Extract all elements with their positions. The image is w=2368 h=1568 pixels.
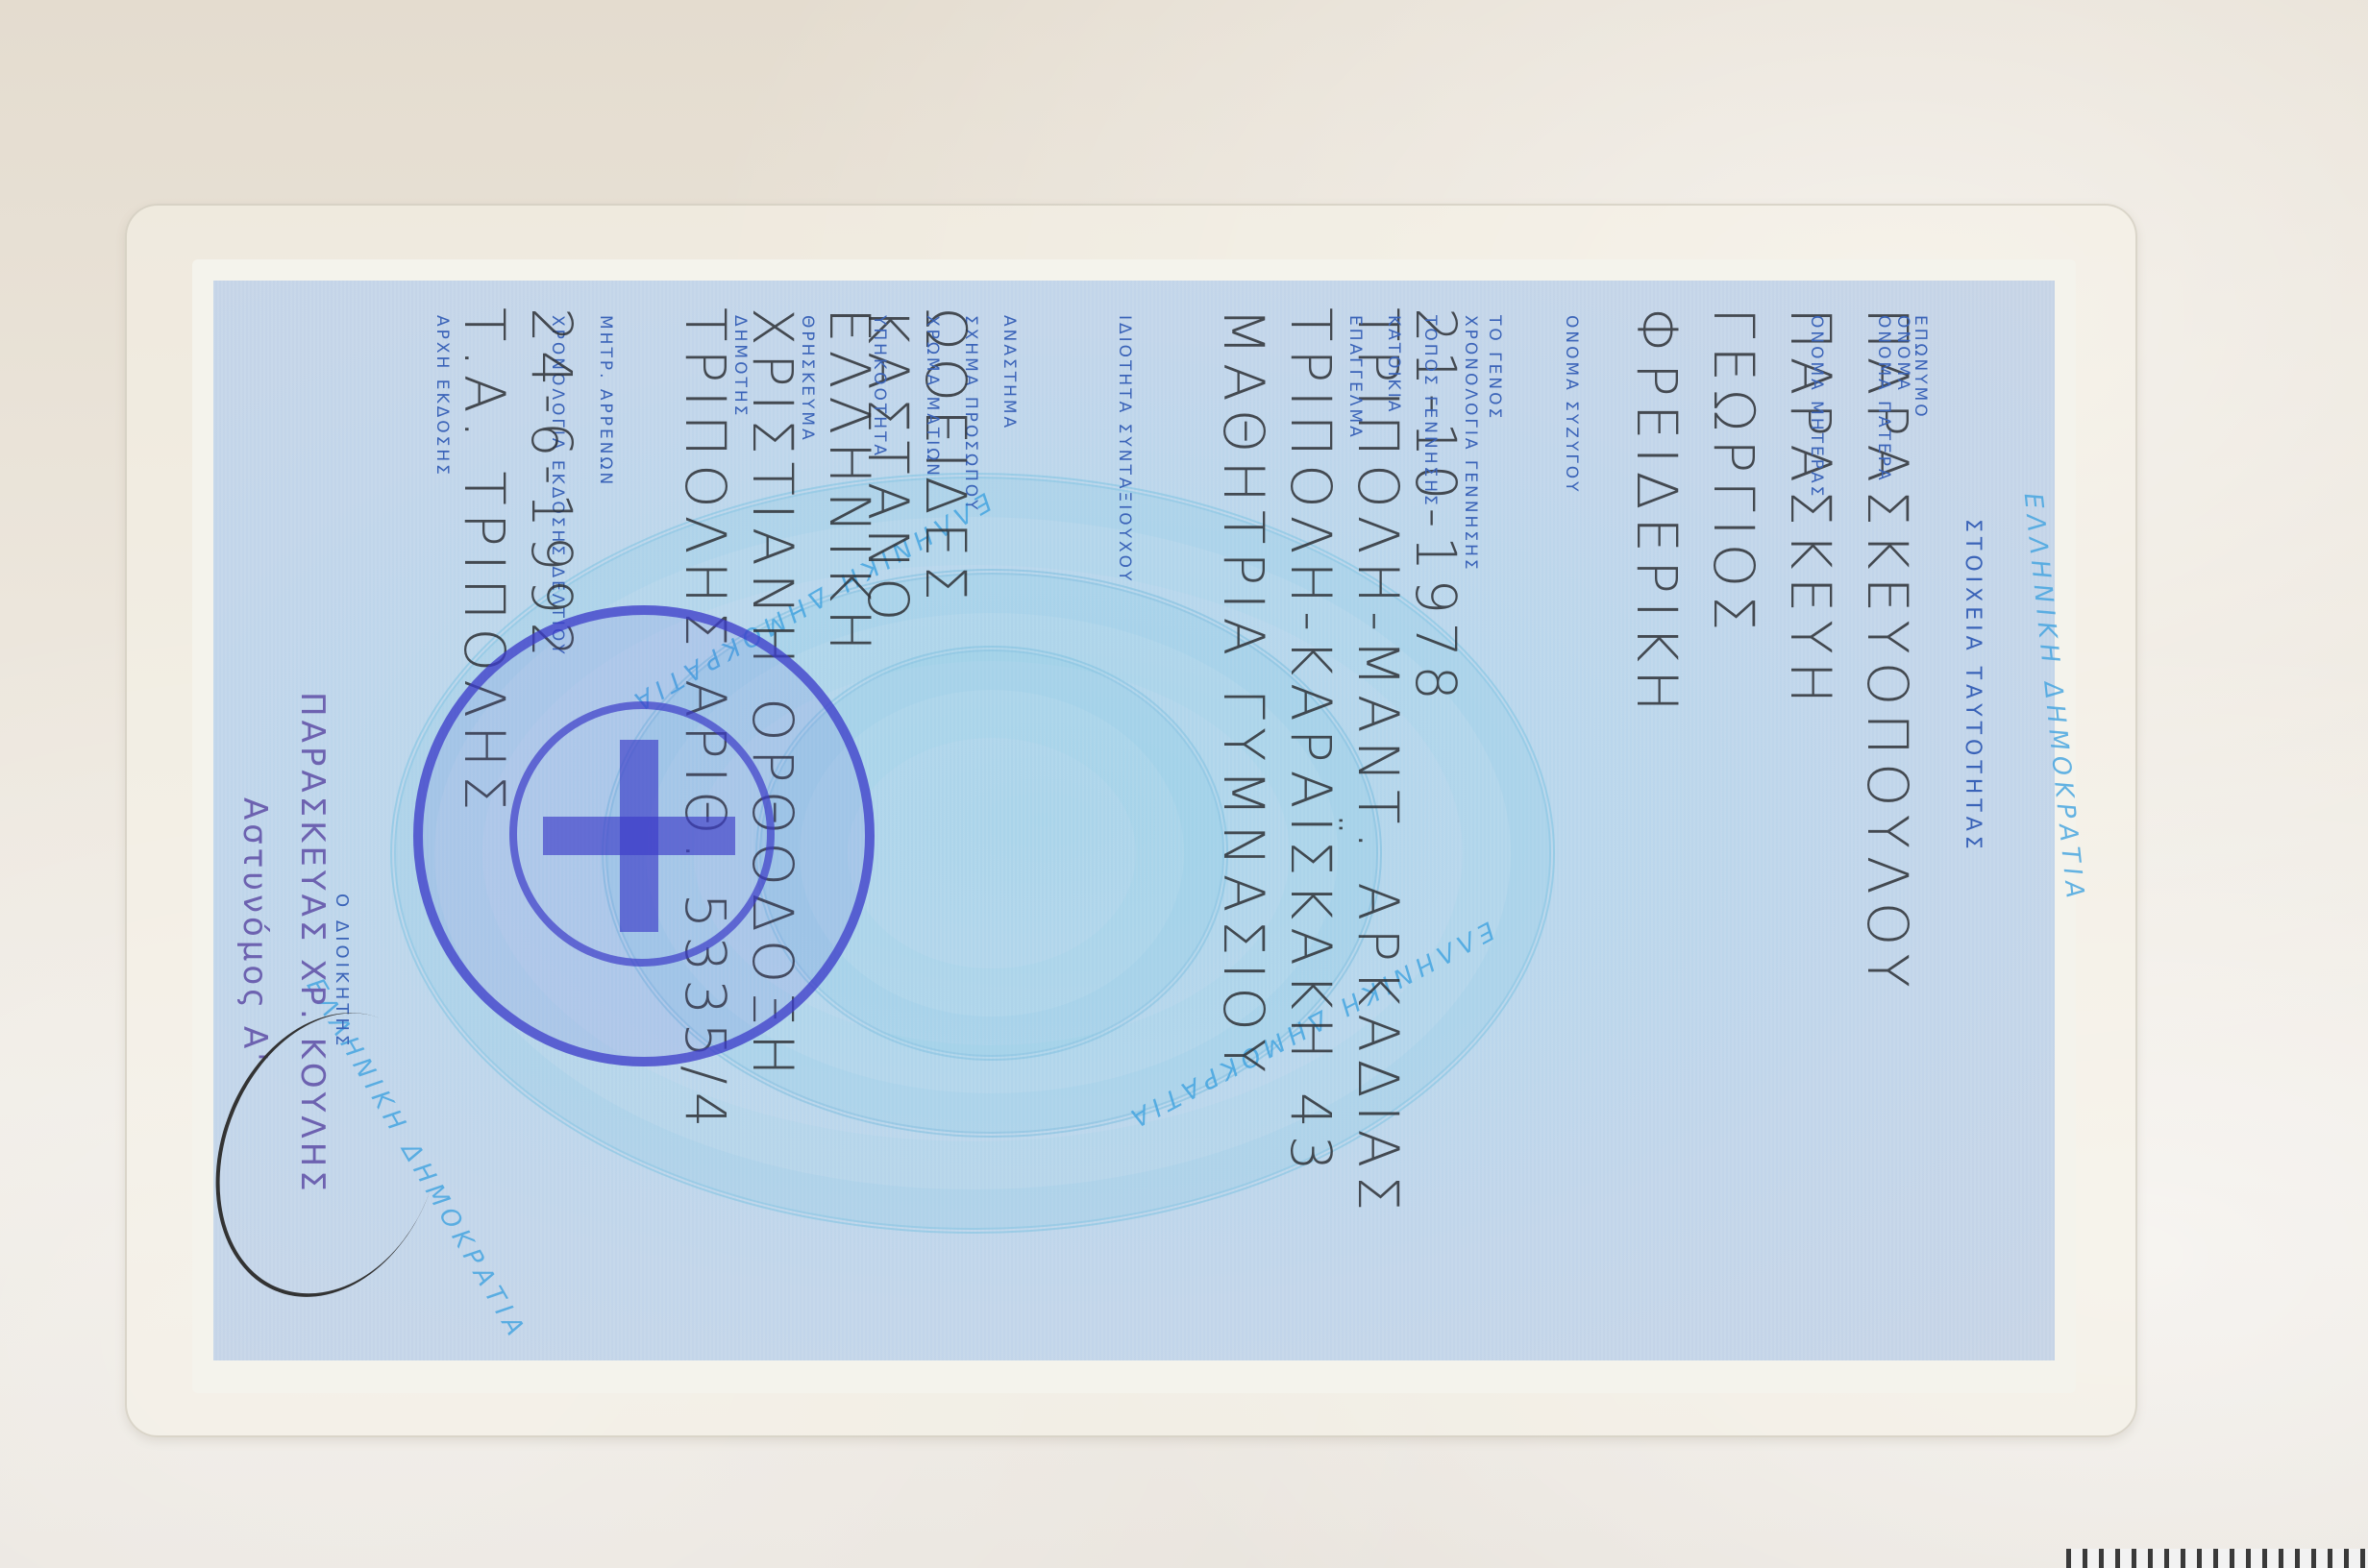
field-value: ΕΛΛΗΝΙΚΗ	[817, 307, 882, 659]
field-label: ΟΝΟΜΑ ΜΗΤΕΡΑΣ	[1807, 315, 1826, 499]
field-label: ΤΟΠΟΣ ΓΕΝΝΗΣΗΣ	[1420, 315, 1440, 508]
field-label: ΧΡΩΜΑ ΜΑΤΙΩΝ	[923, 315, 942, 478]
field-value: 24-6-1992	[519, 307, 584, 665]
field-value: ΤΡΙΠΟΛΗ-ΚΑΡΑΪΣΚΑΚΗ 43	[1278, 307, 1344, 1179]
field-label: ΑΝΑΣΤΗΜΑ	[999, 315, 1019, 430]
field-value: ΦΡΕΙΔΕΡΙΚΗ	[1624, 307, 1690, 720]
field-value: ΤΡΙΠΟΛΗ-ΜΑΝΤ. ΑΡΚΑΔΙΑΣ	[1345, 307, 1411, 1218]
field-label: ΟΝΟΜΑ	[1893, 315, 1912, 393]
field-label: ΙΔΙΟΤΗΤΑ ΣΥΝΤΑΞΙΟΥΧΟΥ	[1115, 315, 1134, 583]
card-header: ΣΤΟΙΧΕΙΑ ΤΑΥΤΟΤΗΤΑΣ	[1961, 519, 1985, 854]
field-value: ΓΕΩΡΓΙΟΣ	[1701, 307, 1766, 638]
field-value: ΜΑΘΗΤΡΙΑ ΓΥΜΝΑΣΙΟΥ	[1211, 307, 1276, 1080]
measurement-ruler	[2066, 1549, 2368, 1568]
signatory-rank: Αστυνόμος Α'	[235, 797, 274, 1066]
official-seal-stamp	[413, 605, 875, 1066]
field-label: ΟΝΟΜΑ ΠΑΤΕΡΑ	[1874, 315, 1893, 483]
field-label: ΑΡΧΗ ΕΚΔΟΣΗΣ	[432, 315, 452, 478]
field-label: ΟΝΟΜΑ ΣΥΖΥΓΟΥ	[1562, 315, 1581, 495]
field-label: ΚΑΤΟΙΚΙΑ	[1384, 315, 1403, 414]
field-label: ΤΟ ΓΕΝΟΣ	[1485, 315, 1504, 421]
field-label: ΜΗΤΡ. ΑΡΡΕΝΩΝ	[596, 315, 615, 487]
seal-cross-bar	[543, 817, 735, 855]
field-label: ΕΠΑΓΓΕΛΜΑ	[1345, 315, 1365, 440]
